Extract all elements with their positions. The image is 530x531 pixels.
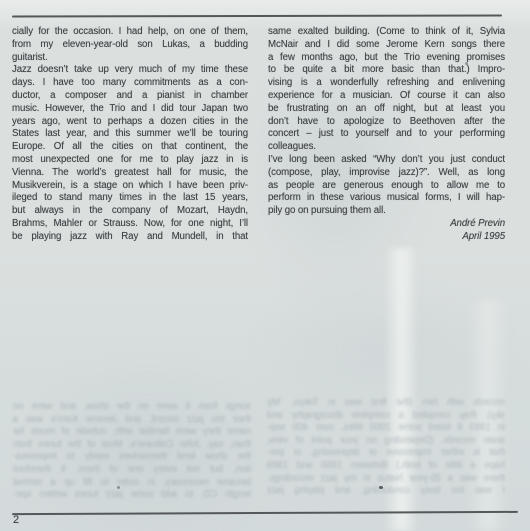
text-line: ileged to stand many times in the last 1… — [12, 192, 248, 205]
text-line: became necessary, in order to fill up a … — [13, 477, 251, 490]
text-line: sky). Ray compiled a complete discograph… — [267, 410, 505, 423]
text-line: be frustrating on an off night, but at l… — [268, 103, 505, 116]
text-line: songs from it were on the show, and were… — [13, 401, 251, 414]
text-line: States last year, and this summer we’ll … — [12, 128, 248, 141]
text-line: cially for the occasion. I had help, on … — [12, 26, 248, 39]
text-line: name they were familiar with, outside of… — [13, 426, 251, 439]
text-line: Jazz doesn’t take up very much of my tim… — [12, 64, 248, 77]
text-line: as people are generous enough to allow m… — [268, 180, 505, 193]
text-line: perform in these various musical forms, … — [268, 192, 505, 205]
text-line: Europe. Of all the cities on that contin… — [12, 141, 248, 154]
text-line: length CD, to add some jazz tunes writte… — [13, 489, 251, 502]
bottom-rule — [12, 511, 518, 515]
text-line: Vienna. The world’s greatest hall for mu… — [12, 167, 248, 180]
text-line: McNair and I did some Jerome Kern songs … — [268, 39, 505, 52]
text-line: André Previn — [268, 218, 505, 231]
text-line: arate records. (Depending on your point … — [267, 435, 505, 448]
text-line: pily go on pursuing them all. — [268, 205, 505, 218]
text-line: most unexpected one for me to play jazz … — [12, 154, 248, 167]
text-line: than, say, John Coltrane’s. Most of the … — [13, 439, 251, 452]
text-line: vising is a wonderfully refreshing and e… — [268, 77, 505, 90]
text-line: Musikverein, is a stage on which I have … — [12, 180, 248, 193]
text-line: music. However, the Trio and I did tour … — [12, 103, 248, 116]
bleedthrough-text-right: records with him (the first was in Tokyo… — [267, 397, 505, 498]
top-rule — [12, 14, 502, 17]
paper-speck — [117, 486, 120, 489]
text-line: April 1995 — [268, 231, 505, 244]
text-line: but always in the company of Mozart, Hay… — [12, 205, 248, 218]
text-line: ductor, a composer and a pianist in cham… — [12, 90, 248, 103]
text-line: same exalted building. (Come to think of… — [268, 26, 505, 39]
text-line: colleagues. — [268, 141, 505, 154]
text-line: concert – just to yourself and to your p… — [268, 128, 505, 141]
text-line: that is either impressive or depressing,… — [267, 447, 505, 460]
text-line: in 1993 it listed some 2000 titles, over… — [267, 422, 505, 435]
text-line: experience for a musician. Of course it … — [268, 90, 505, 103]
text-line: the show lend themselves easily to impro… — [13, 451, 251, 464]
right-text-column: same exalted building. (Come to think of… — [268, 26, 505, 244]
text-line: haps a little of both.) Between 1950 and… — [267, 460, 505, 473]
page-number: 2 — [13, 514, 19, 526]
text-line: there was a 35-year hiatus in my jazz re… — [267, 473, 505, 486]
text-line: days. I have too many commitments as a c… — [12, 77, 248, 90]
booklet-page: cially for the occasion. I had help, on … — [0, 0, 530, 531]
text-line: Brahms, Mahler or Strauss. Now, for one … — [12, 218, 248, 231]
text-line: (compose, play, improvise jazz)?”. Well,… — [268, 167, 505, 180]
text-line: be playing jazz with Ray and Mundell, in… — [12, 231, 248, 244]
text-line: years ago, went to perhaps a dozen citie… — [12, 116, 248, 129]
text-line: don’t have to apologize to Beethoven aft… — [268, 116, 505, 129]
text-line: their trio jazz record, and Jerome Kern’… — [13, 414, 251, 427]
text-line: I’ve long been asked “Why don’t you just… — [268, 154, 505, 167]
text-line: I was too busy conducting, and playing j… — [267, 485, 505, 498]
text-line: tion, but not every one of them. It ther… — [13, 464, 251, 477]
text-line: from my eleven-year-old son Lukas, a bud… — [12, 39, 248, 52]
left-text-column: cially for the occasion. I had help, on … — [12, 26, 248, 244]
paper-speck — [379, 486, 383, 489]
text-line: to be quite a bit more basic than that.)… — [268, 64, 505, 77]
text-line: guitarist. — [12, 52, 248, 65]
text-line: a few months ago, but the Trio evening p… — [268, 52, 505, 65]
bleedthrough-text-left: songs from it were on the show, and were… — [13, 401, 251, 502]
text-line: records with him (the first was in Tokyo… — [267, 397, 505, 410]
paper-speck — [465, 62, 468, 65]
